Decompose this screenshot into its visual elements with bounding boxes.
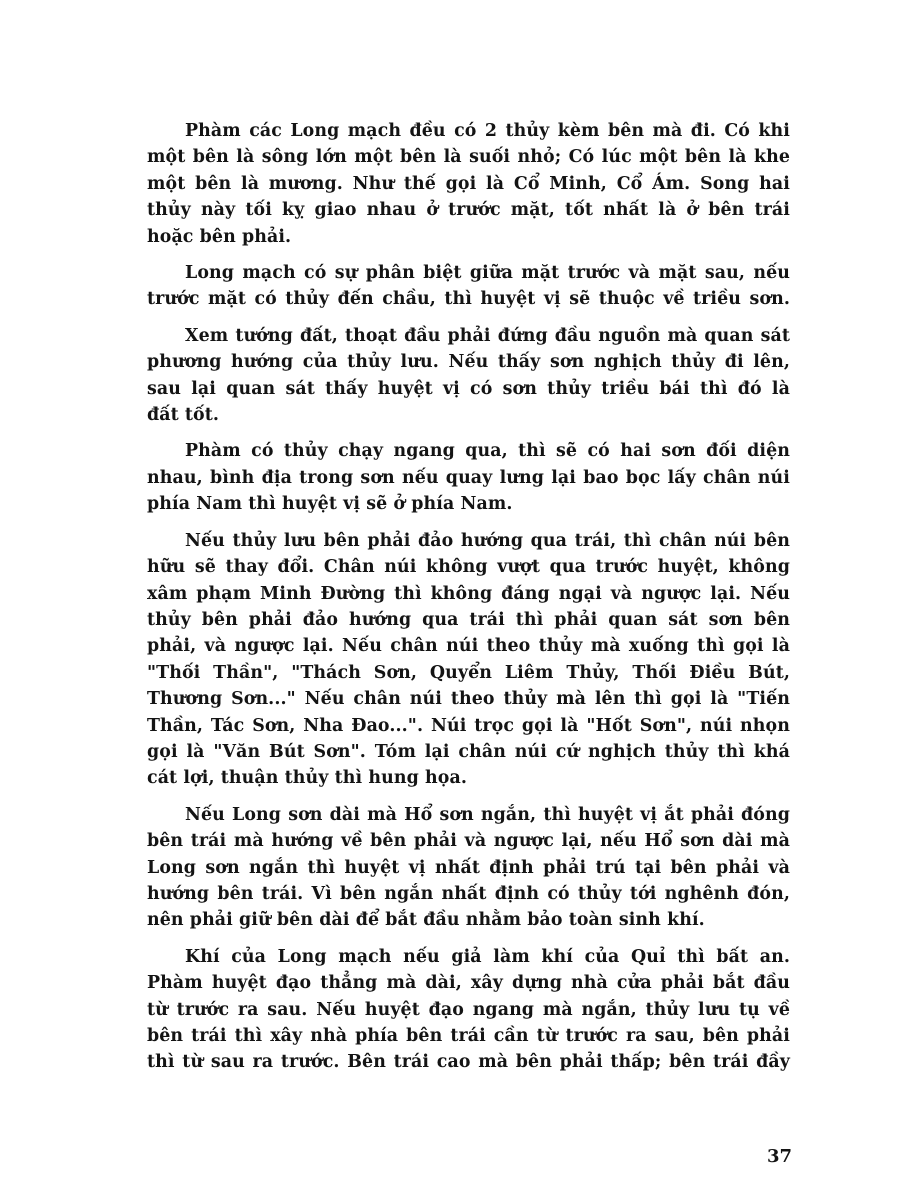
text-line: bên trái mà hướng về bên phải và ngược l… <box>147 828 790 854</box>
text-line: phải, và ngược lại. Nếu chân núi theo th… <box>147 633 790 659</box>
text-line: Long mạch có sự phân biệt giữa mặt trước… <box>147 260 790 286</box>
text-line: thì từ sau ra trước. Bên trái cao mà bên… <box>147 1049 790 1075</box>
text-line: Thương Sơn..." Nếu chân núi theo thủy mà… <box>147 686 790 712</box>
text-line: xâm phạm Minh Đường thì không đáng ngại … <box>147 581 790 607</box>
text-line: một bên là mương. Như thế gọi là Cổ Minh… <box>147 171 790 197</box>
text-line: trước mặt có thủy đến chầu, thì huyệt vị… <box>147 286 790 312</box>
text-line: Long sơn ngắn thì huyệt vị nhất định phả… <box>147 855 790 881</box>
text-line: hoặc bên phải. <box>147 224 790 250</box>
text-line: Phàm có thủy chạy ngang qua, thì sẽ có h… <box>147 438 790 464</box>
paragraph-2: Long mạch có sự phân biệt giữa mặt trước… <box>147 260 790 313</box>
text-line: Thần, Tác Sơn, Nha Đao...". Núi trọc gọi… <box>147 713 790 739</box>
text-line: từ trước ra sau. Nếu huyệt đạo ngang mà … <box>147 997 790 1023</box>
page-number: 37 <box>767 1146 792 1167</box>
text-line: Phàm huyệt đạo thẳng mà dài, xây dựng nh… <box>147 970 790 996</box>
text-line: gọi là "Văn Bút Sơn". Tóm lại chân núi c… <box>147 739 790 765</box>
text-line: phương hướng của thủy lưu. Nếu thấy sơn … <box>147 349 790 375</box>
paragraph-1: Phàm các Long mạch đều có 2 thủy kèm bên… <box>147 118 790 250</box>
text-line: Nếu Long sơn dài mà Hổ sơn ngắn, thì huy… <box>147 802 790 828</box>
text-line: thủy này tối kỵ giao nhau ở trước mặt, t… <box>147 197 790 223</box>
text-line: Khí của Long mạch nếu giả làm khí của Qu… <box>147 944 790 970</box>
text-line: hướng bên trái. Vì bên ngắn nhất định có… <box>147 881 790 907</box>
paragraph-4: Phàm có thủy chạy ngang qua, thì sẽ có h… <box>147 438 790 517</box>
text-line: Nếu thủy lưu bên phải đảo hướng qua trái… <box>147 528 790 554</box>
text-line: phía Nam thì huyệt vị sẽ ở phía Nam. <box>147 491 790 517</box>
text-line: sau lại quan sát thấy huyệt vị có sơn th… <box>147 376 790 402</box>
text-line: nên phải giữ bên dài để bắt đầu nhằm bảo… <box>147 907 790 933</box>
text-line: bên trái thì xây nhà phía bên trái cần t… <box>147 1023 790 1049</box>
text-line: một bên là sông lớn một bên là suối nhỏ;… <box>147 144 790 170</box>
paragraph-6: Nếu Long sơn dài mà Hổ sơn ngắn, thì huy… <box>147 802 790 934</box>
paragraph-7: Khí của Long mạch nếu giả làm khí của Qu… <box>147 944 790 1076</box>
text-line: nhau, bình địa trong sơn nếu quay lưng l… <box>147 465 790 491</box>
text-line: đất tốt. <box>147 402 790 428</box>
page-body: Phàm các Long mạch đều có 2 thủy kèm bên… <box>147 118 790 1086</box>
text-line: Xem tướng đất, thoạt đầu phải đứng đầu n… <box>147 323 790 349</box>
text-line: cát lợi, thuận thủy thì hung họa. <box>147 765 790 791</box>
paragraph-5: Nếu thủy lưu bên phải đảo hướng qua trái… <box>147 528 790 792</box>
text-line: hữu sẽ thay đổi. Chân núi không vượt qua… <box>147 554 790 580</box>
paragraph-3: Xem tướng đất, thoạt đầu phải đứng đầu n… <box>147 323 790 429</box>
text-line: thủy bên phải đảo hướng qua trái thì phả… <box>147 607 790 633</box>
text-line: "Thối Thần", "Thách Sơn, Quyển Liêm Thủy… <box>147 660 790 686</box>
text-line: Phàm các Long mạch đều có 2 thủy kèm bên… <box>147 118 790 144</box>
